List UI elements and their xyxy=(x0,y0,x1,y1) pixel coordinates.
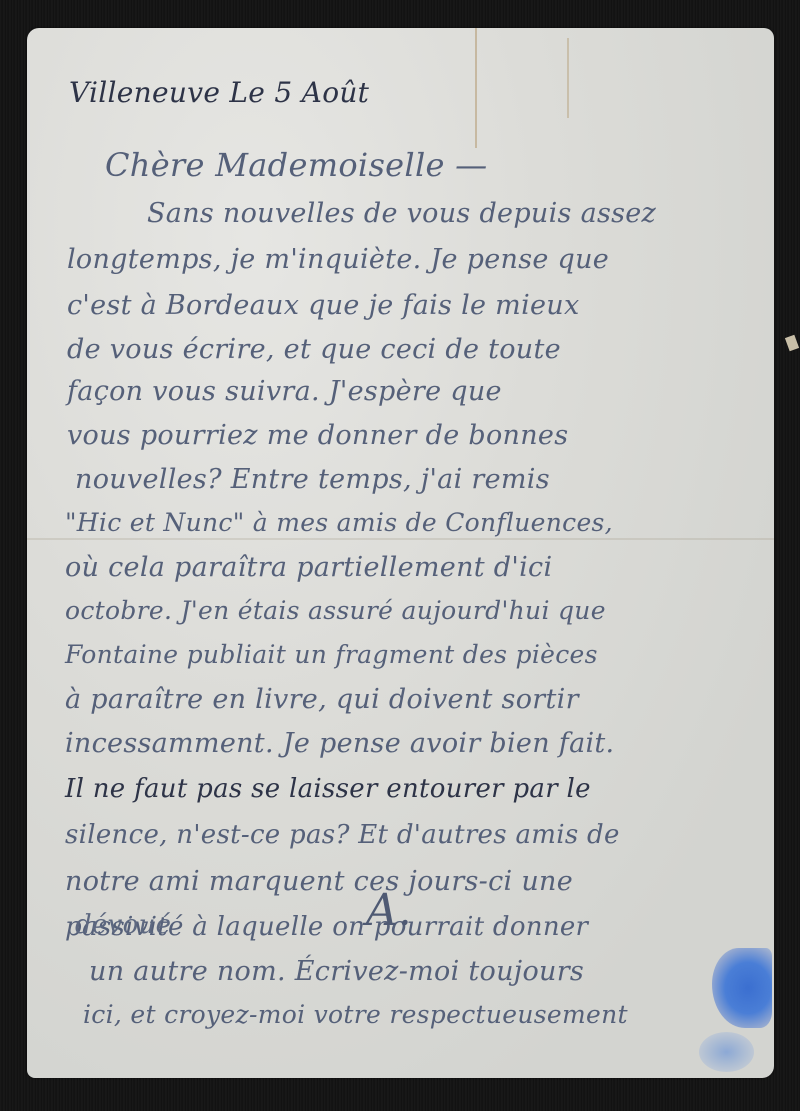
body-line: Sans nouvelles de vous depuis assez xyxy=(147,198,656,229)
paper-crease-vertical-2 xyxy=(567,38,569,118)
body-line: c'est à Bordeaux que je fais le mieux xyxy=(67,290,580,321)
paper-crease-vertical xyxy=(475,28,477,148)
body-line: longtemps, je m'inquiète. Je pense que xyxy=(67,244,609,275)
body-line: de vous écrire, et que ceci de toute xyxy=(67,334,561,365)
body-line: façon vous suivra. J'espère que xyxy=(67,376,502,407)
body-line: Fontaine publiait un fragment des pièces xyxy=(65,640,598,669)
body-line: incessamment. Je pense avoir bien fait. xyxy=(65,728,614,759)
body-line: "Hic et Nunc" à mes amis de Confluences, xyxy=(65,508,613,537)
body-line: un autre nom. Écrivez-moi toujours xyxy=(89,956,584,987)
place-and-date: Villeneuve Le 5 Août xyxy=(69,76,369,109)
body-line: à paraître en livre, qui doivent sortir xyxy=(65,684,579,715)
body-line: ici, et croyez-moi votre respectueusemen… xyxy=(83,1000,628,1029)
body-line: octobre. J'en étais assuré aujourd'hui q… xyxy=(65,596,606,625)
body-line: où cela paraîtra partiellement d'ici xyxy=(65,552,552,583)
body-line: Il ne faut pas se laisser entourer par l… xyxy=(65,774,591,804)
signature: A. xyxy=(366,885,412,936)
body-line: notre ami marquent ces jours-ci une xyxy=(65,866,573,897)
closing-word: dévoué xyxy=(75,910,171,940)
paper-crease-horizontal xyxy=(27,538,774,540)
blue-ink-stain-faint xyxy=(699,1032,754,1072)
body-line: nouvelles? Entre temps, j'ai remis xyxy=(75,464,550,495)
salutation: Chère Mademoiselle — xyxy=(105,146,487,184)
blue-ink-stain xyxy=(712,948,772,1028)
body-line: vous pourriez me donner de bonnes xyxy=(67,420,568,451)
body-line: silence, n'est-ce pas? Et d'autres amis … xyxy=(65,820,620,850)
